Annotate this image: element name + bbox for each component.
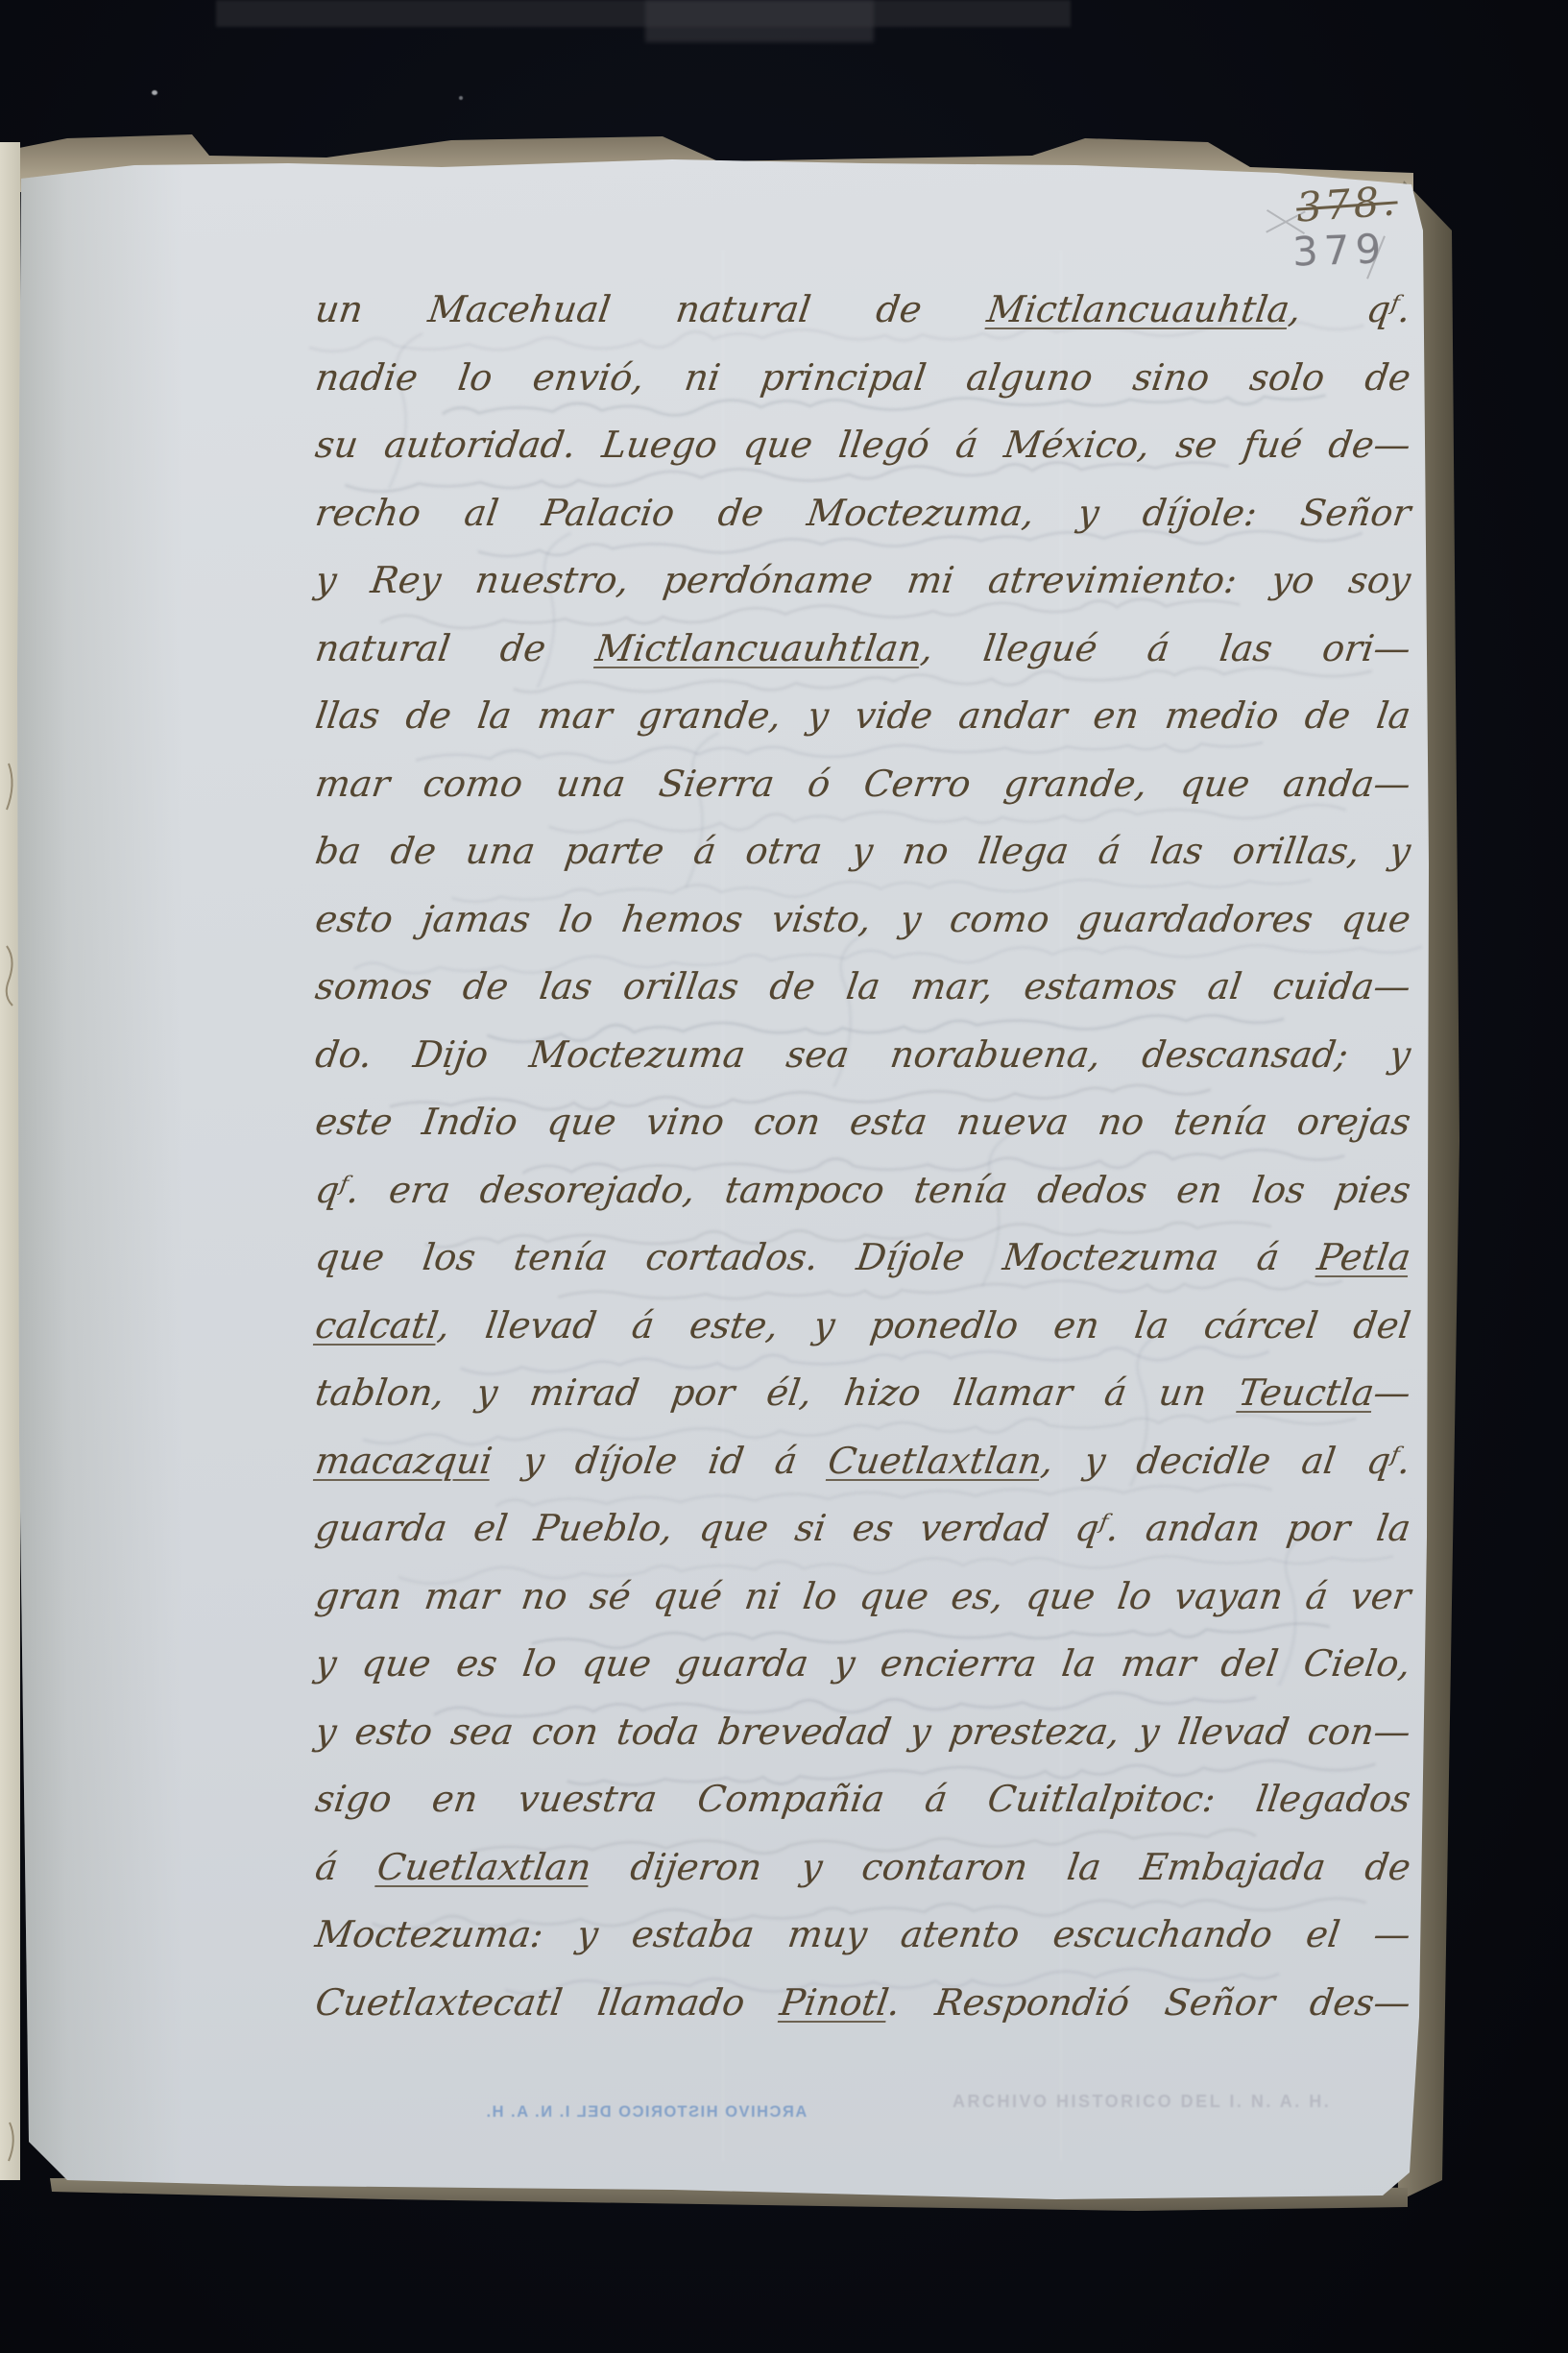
- manuscript-text-block: un Macehual natural de Mictlancuauhtla, …: [309, 288, 1404, 2049]
- manuscript-line: esto jamas lo hemos visto, y como guarda…: [309, 898, 1413, 966]
- manuscript-line: mar como una Sierra ó Cerro grande, que …: [309, 763, 1413, 831]
- manuscript-line: y que es lo que guarda y encierra la mar…: [309, 1642, 1413, 1710]
- manuscript-line: natural de Mictlancuauhtlan, llegué á la…: [309, 627, 1413, 695]
- photographed-manuscript: un Macehual natural de Mictlancuauhtla, …: [0, 0, 1568, 2353]
- archive-stamp-faint: ARCHIVO HISTORICO DEL I. N. A. H.: [953, 2092, 1331, 2112]
- manuscript-line: gran mar no sé qué ni lo que es, que lo …: [309, 1575, 1413, 1643]
- manuscript-line: á Cuetlaxtlan dijeron y contaron la Emba…: [309, 1846, 1413, 1914]
- manuscript-line: ba de una parte á otra y no llega á las …: [309, 830, 1413, 898]
- manuscript-line: sigo en vuestra Compañia á Cuitlalpitoc:…: [309, 1778, 1413, 1846]
- manuscript-line: calcatl, llevad á este, y ponedlo en la …: [309, 1304, 1413, 1372]
- manuscript-line: somos de las orillas de la mar, estamos …: [309, 965, 1413, 1033]
- manuscript-line: y esto sea con toda brevedad y presteza,…: [309, 1710, 1413, 1779]
- manuscript-page: un Macehual natural de Mictlancuauhtla, …: [0, 0, 1568, 2353]
- manuscript-line: su autoridad. Luego que llegó á México, …: [309, 424, 1413, 492]
- book-binding-highlight: [645, 0, 874, 42]
- manuscript-line: qᶠ. era desorejado, tampoco tenía dedos …: [309, 1169, 1413, 1237]
- folio-number-crossed: 378.: [1294, 177, 1399, 230]
- folio-number: 379: [1291, 225, 1387, 275]
- manuscript-line: recho al Palacio de Moctezuma, y díjole:…: [309, 492, 1413, 560]
- manuscript-line: Moctezuma: y estaba muy atento escuchand…: [309, 1913, 1413, 1981]
- manuscript-line: llas de la mar grande, y vide andar en m…: [309, 694, 1413, 763]
- manuscript-line: do. Dijo Moctezuma sea norabuena, descan…: [309, 1033, 1413, 1102]
- manuscript-line: Cuetlaxtecatl llamado Pinotl. Respondió …: [309, 1981, 1413, 2050]
- manuscript-line: guarda el Pueblo, que si es verdad qᶠ. a…: [309, 1507, 1413, 1575]
- dust-speck: [152, 90, 157, 95]
- manuscript-line: este Indio que vino con esta nueva no te…: [309, 1101, 1413, 1169]
- manuscript-line: un Macehual natural de Mictlancuauhtla, …: [309, 288, 1413, 356]
- dust-speck: [459, 96, 463, 100]
- manuscript-line: tablon, y mirad por él, hizo llamar á un…: [309, 1371, 1413, 1440]
- book-binding-edge: [216, 0, 1071, 27]
- manuscript-line: que los tenía cortados. Díjole Moctezuma…: [309, 1236, 1413, 1304]
- archive-stamp-mirrored: ARCHIVO HISTORICO DEL I. N. A. H.: [485, 2103, 807, 2122]
- manuscript-line: macazqui y díjole id á Cuetlaxtlan, y de…: [309, 1440, 1413, 1508]
- manuscript-line: nadie lo envió, ni principal alguno sino…: [309, 356, 1413, 425]
- manuscript-line: y Rey nuestro, perdóname mi atrevimiento…: [309, 559, 1413, 627]
